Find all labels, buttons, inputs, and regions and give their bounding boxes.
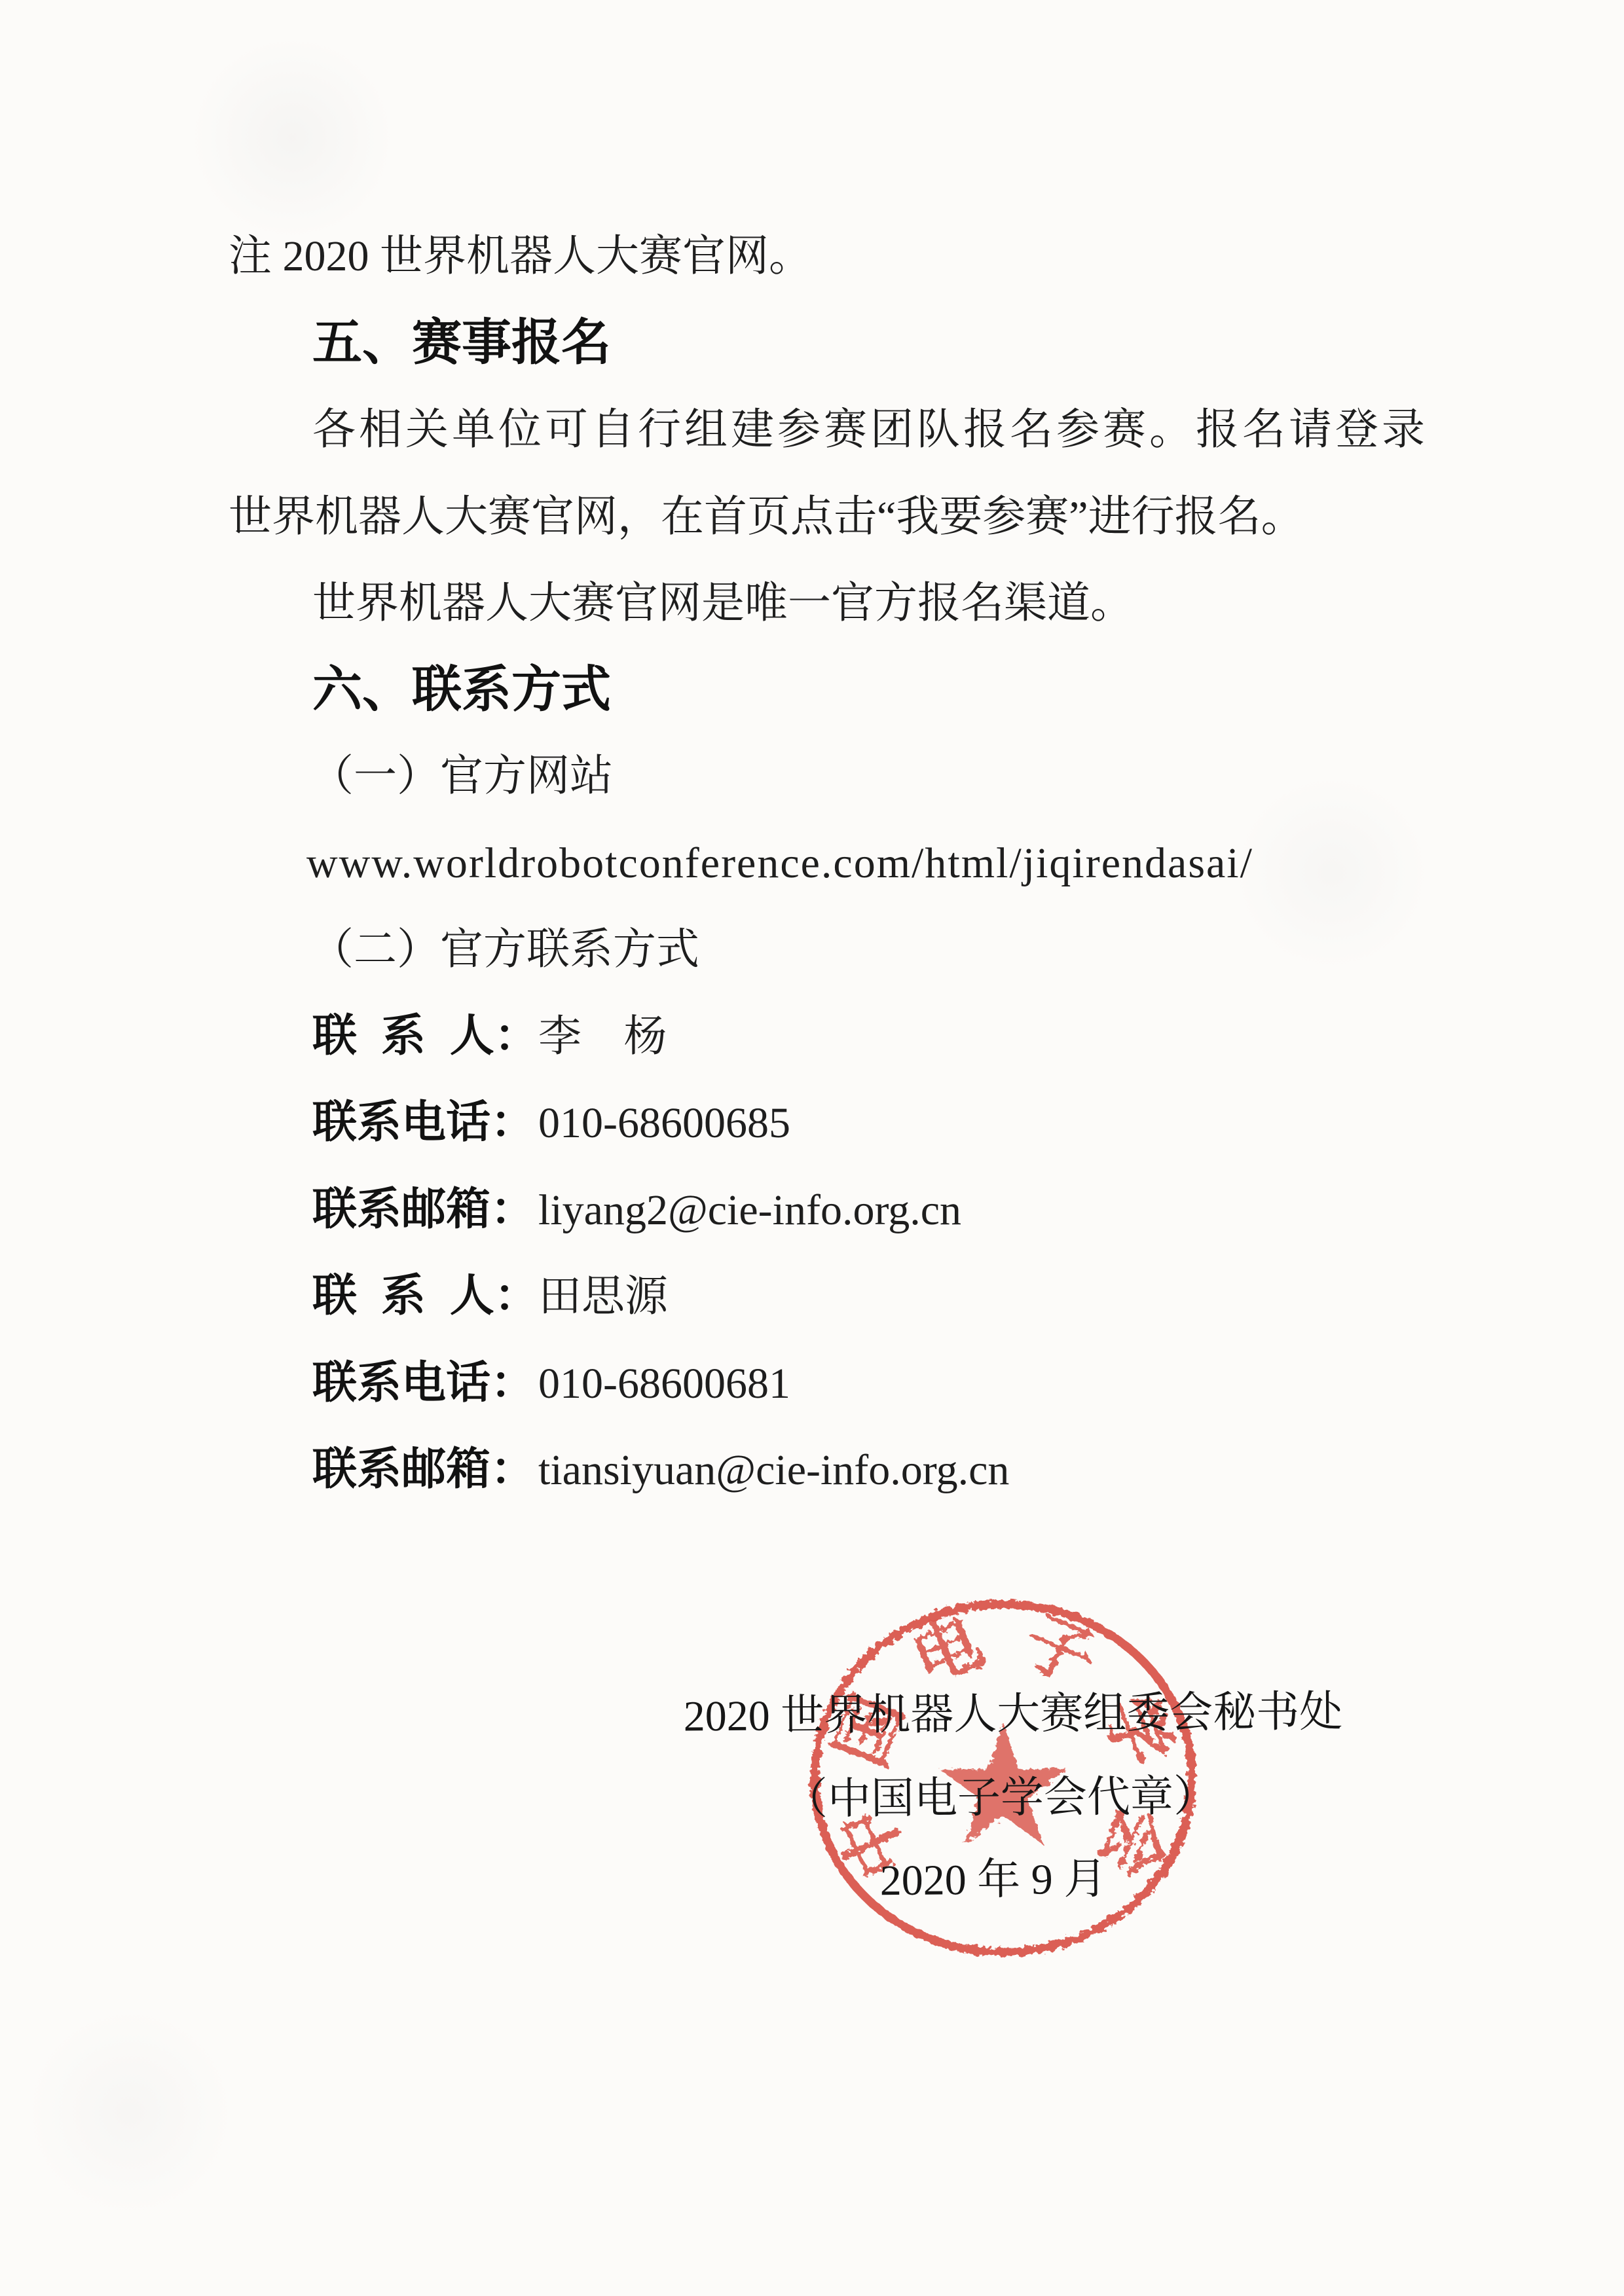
contact-label: 联系电话： xyxy=(312,1360,538,1405)
contact-row: 联系邮箱：liyang2@cie-info.org.cn xyxy=(312,1187,961,1232)
contact-label: 联系电话： xyxy=(312,1100,538,1144)
signature-date-line: 2020 年 9 月 xyxy=(880,1858,1107,1903)
intro-tail-line: 注 2020 世界机器人大赛官网。 xyxy=(229,235,812,278)
contact-label: 联 系 人： xyxy=(312,1273,538,1318)
section5-paragraph-line1: 各相关单位可自行组建参赛团队报名参赛。报名请登录 xyxy=(312,409,1428,452)
document-page: 注 2020 世界机器人大赛官网。 五、赛事报名 各相关单位可自行组建参赛团队报… xyxy=(0,0,1624,2296)
section5-paragraph-line2: 世界机器人大赛官网，在首页点击“我要参赛”进行报名。 xyxy=(229,496,1304,539)
section5-heading: 五、赛事报名 xyxy=(312,318,611,368)
official-website-url: www.worldrobotconference.com/html/jiqire… xyxy=(306,842,1253,885)
section6-subheading-website: （一）官方网站 xyxy=(310,755,613,798)
contact-label: 联系邮箱： xyxy=(312,1447,538,1491)
contact-value: liyang2@cie-info.org.cn xyxy=(538,1189,961,1232)
contact-row: 联系邮箱：tiansiyuan@cie-info.org.cn xyxy=(312,1447,1009,1492)
signature-seal-note-line: （中国电子学会代章） xyxy=(784,1776,1217,1822)
contact-row: 联 系 人：田思源 xyxy=(312,1273,668,1319)
contact-row: 联系电话：010-68600685 xyxy=(312,1100,790,1145)
section6-subheading-contacts: （二）官方联系方式 xyxy=(310,928,699,972)
contact-value: 010-68600681 xyxy=(538,1362,790,1406)
contact-row: 联系电话：010-68600681 xyxy=(312,1360,790,1406)
contact-value: 010-68600685 xyxy=(538,1102,790,1145)
contact-row: 联 系 人：李 杨 xyxy=(312,1013,667,1059)
contact-value: tiansiyuan@cie-info.org.cn xyxy=(538,1449,1009,1492)
seal-char: 电 xyxy=(902,1603,994,1700)
contact-label: 联 系 人： xyxy=(312,1013,538,1058)
contact-value: 李 杨 xyxy=(538,1015,667,1059)
contact-label: 联系邮箱： xyxy=(312,1187,538,1231)
signature-org-line: 2020 世界机器人大赛组委会秘书处 xyxy=(684,1690,1343,1738)
seal-char: 子 xyxy=(1013,1603,1105,1700)
section5-paragraph-line3: 世界机器人大赛官网是唯一官方报名渠道。 xyxy=(312,582,1134,625)
contact-value: 田思源 xyxy=(538,1275,668,1319)
section6-heading: 六、联系方式 xyxy=(312,665,611,715)
